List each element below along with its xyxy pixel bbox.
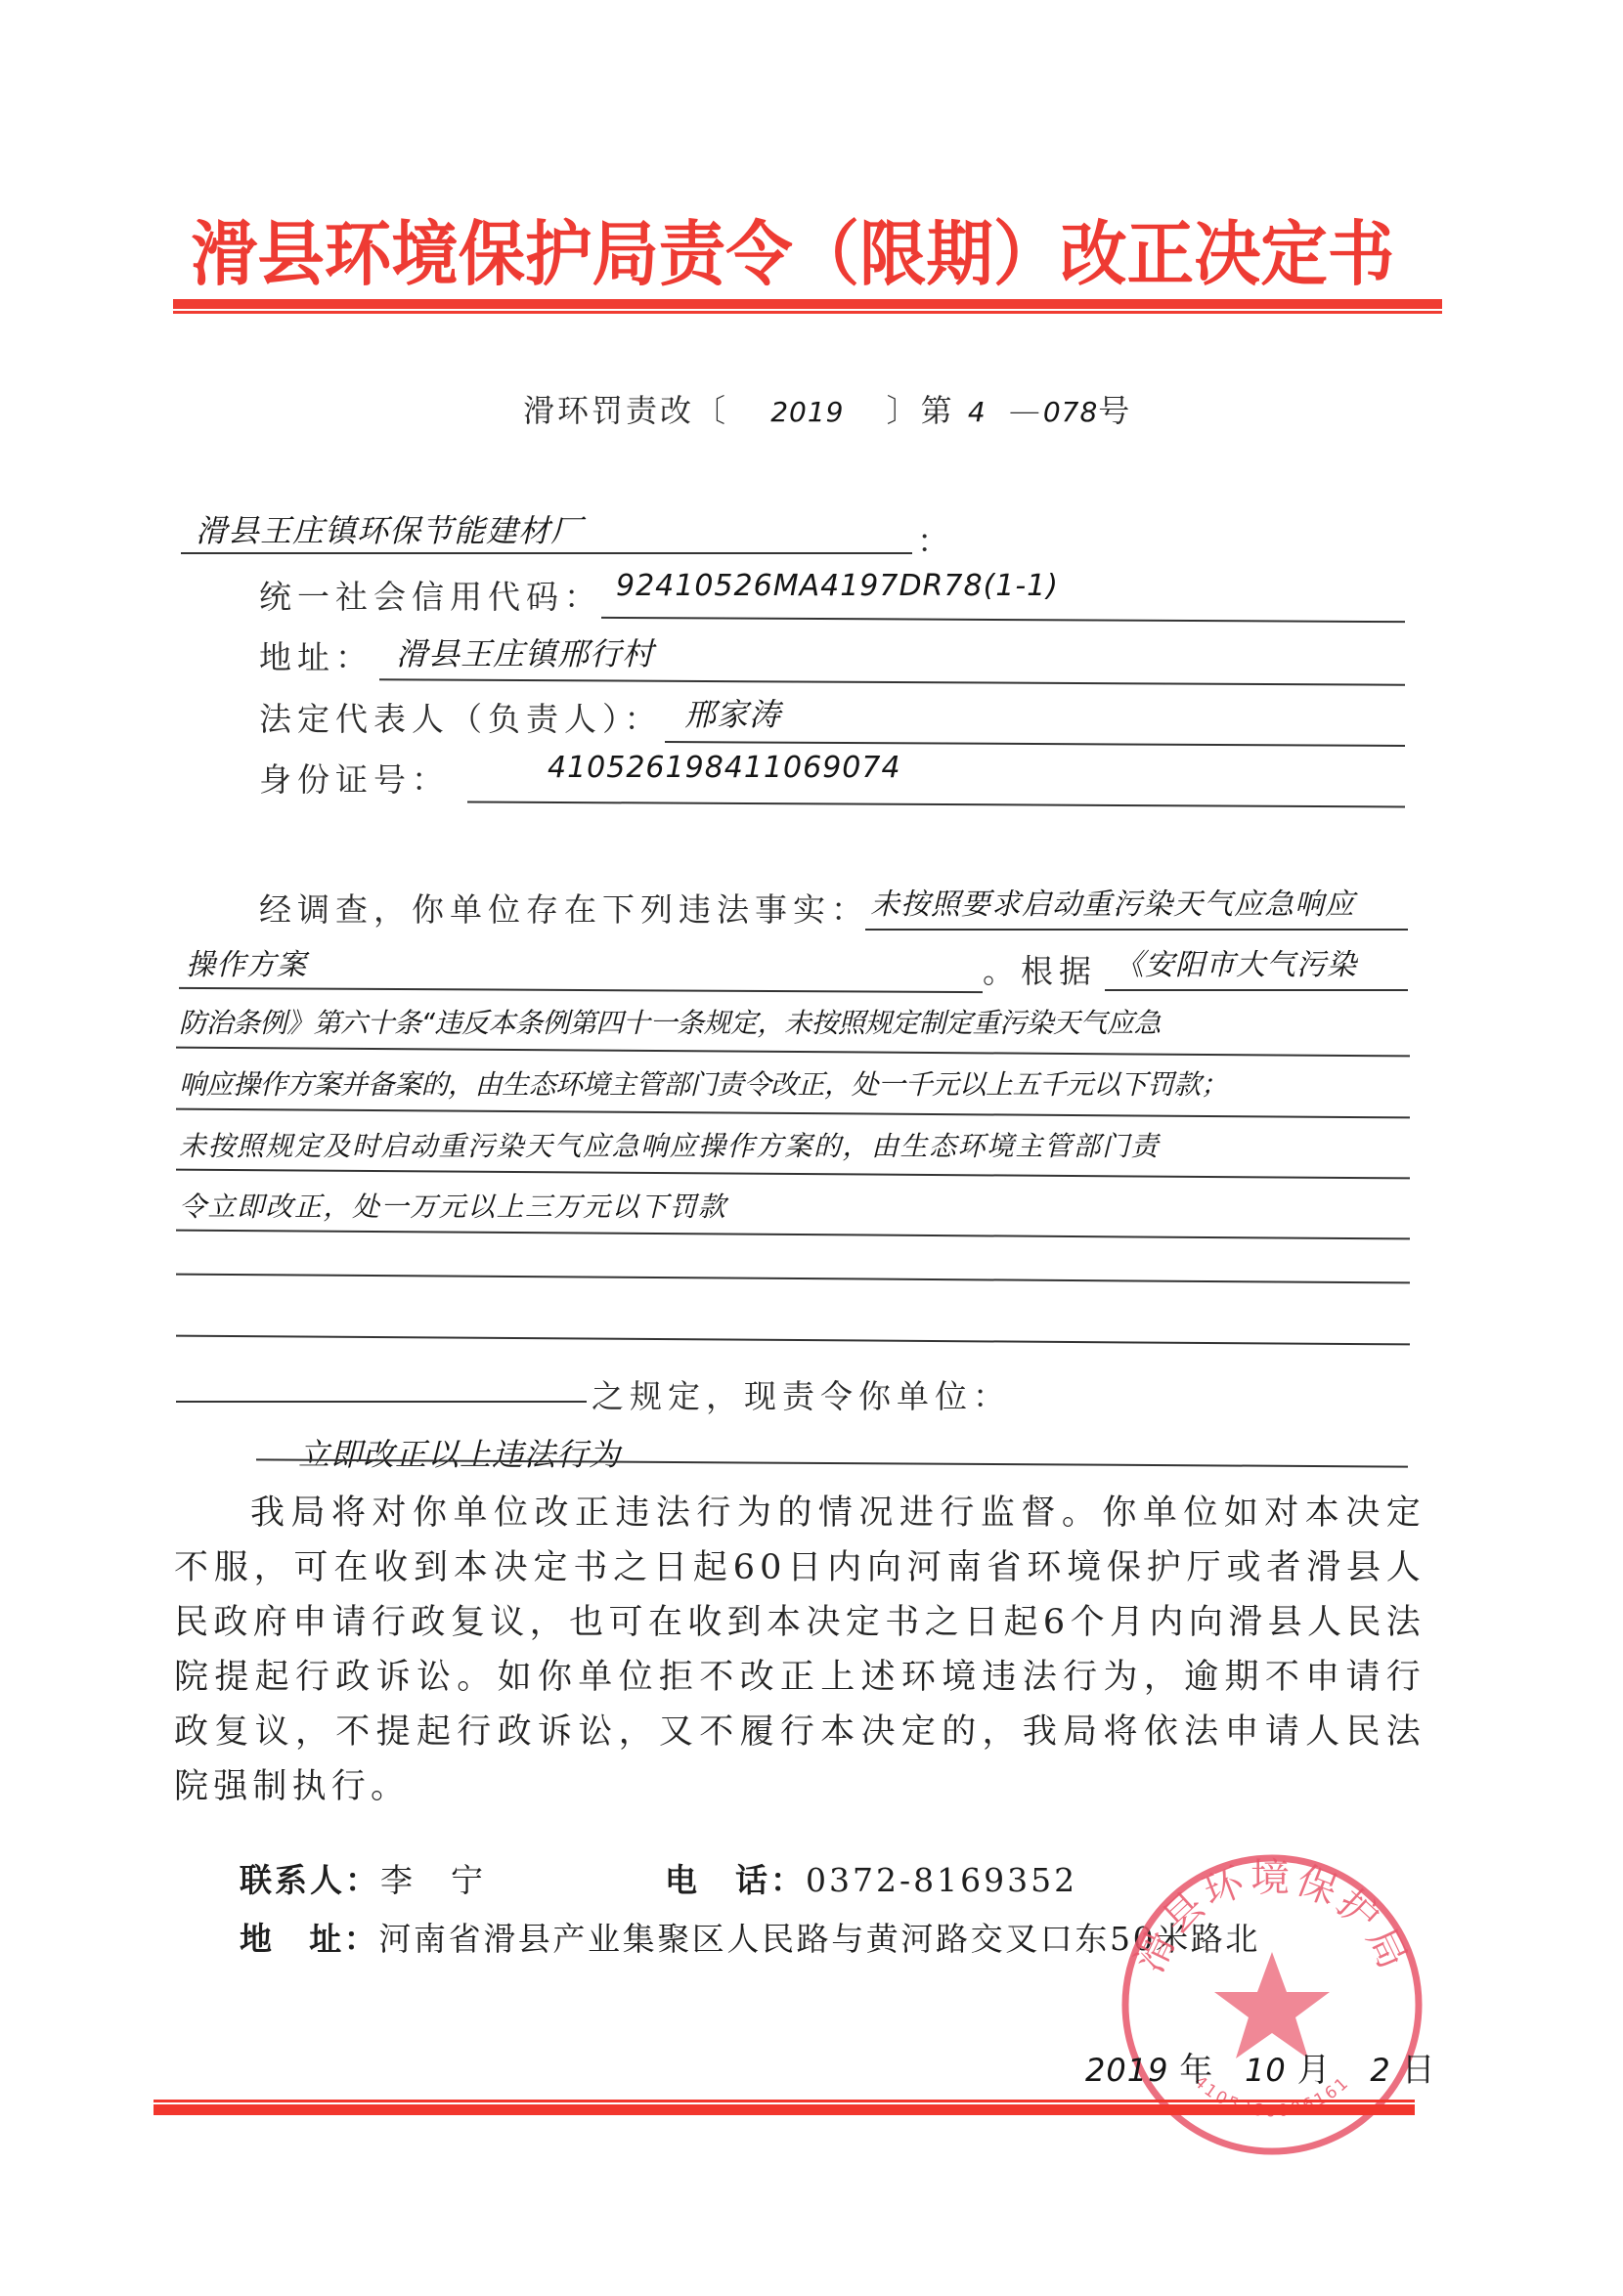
footer-rule-thin	[154, 2100, 1415, 2102]
fact-line1-underline	[865, 929, 1408, 931]
field-value-credit-code: 92410526MA4197DR78(1-1)	[616, 569, 1059, 603]
document-title: 滑县环境保护局责令（限期）改正决定书	[191, 207, 1371, 301]
basis-line4-underline	[176, 1169, 1410, 1180]
date-month: 10	[1245, 2052, 1287, 2089]
findings-intro: 经调查，你单位存在下列违法事实：	[259, 885, 869, 931]
recipient-colon: ：	[917, 516, 955, 562]
basis-line2-underline	[176, 1047, 1410, 1058]
date-month-label: 月	[1297, 2051, 1331, 2090]
date-year: 2019	[1085, 2052, 1168, 2089]
doc-number-suffix: 号	[1098, 392, 1132, 429]
fact-line2-underline	[179, 987, 983, 993]
header-rule-thin	[173, 311, 1442, 314]
footer-rule-thick	[154, 2104, 1415, 2115]
header-rule-thick	[173, 299, 1442, 309]
doc-number-serial: 078	[1043, 396, 1098, 428]
contact-person-label: 联系人：	[240, 1861, 380, 1899]
decision-date: 2019 年 10 月 2 日	[1085, 2043, 1435, 2091]
doc-number-year: 2019	[770, 396, 844, 428]
field-value-address: 滑县王庄镇邢行村	[396, 629, 654, 674]
findings-basis-line1: 《安阳市大气污染	[1115, 940, 1357, 983]
findings-fact-line1: 未按照要求启动重污染天气应急响应	[870, 880, 1355, 923]
findings-basis-label: 。根据	[983, 946, 1097, 992]
field-label-id-number: 身份证号：	[259, 755, 450, 801]
legal-rep-underline	[665, 741, 1405, 747]
contact-address-row: 地 址：河南省滑县产业集聚区人民路与黄河路交叉口东50米路北	[240, 1914, 1260, 1960]
blank-line-1	[176, 1274, 1410, 1284]
findings-basis-line4: 未按照规定及时启动重污染天气应急响应操作方案的，由生态环境主管部门责	[179, 1125, 1160, 1164]
findings-basis-line2: 防治条例》第六十条“违反本条例第四十一条规定，未按照规定制定重污染天气应急	[179, 1002, 1161, 1041]
address-underline	[379, 678, 1405, 685]
field-label-legal-rep: 法定代表人（负责人）：	[259, 694, 663, 740]
doc-number-prefix: 滑环罚责改〔	[523, 392, 728, 429]
field-label-address: 地址：	[259, 632, 373, 678]
basis-line3-underline	[176, 1108, 1410, 1119]
contact-address-label: 地 址：	[240, 1920, 378, 1958]
credit-code-underline	[601, 617, 1405, 623]
findings-fact-line2: 操作方案	[186, 940, 307, 983]
appeal-notice-paragraph: 我局将对你单位改正违法行为的情况进行监督。你单位如对本决定不服，可在收到本决定书…	[174, 1486, 1426, 1814]
contact-phone: 0372-8169352	[806, 1861, 1077, 1899]
findings-basis-line3: 响应操作方案并备案的，由生态环境主管部门责令改正，处一千元以上五千元以下罚款；	[179, 1063, 1228, 1103]
date-day-label: 日	[1402, 2051, 1435, 2090]
date-year-label: 年	[1179, 2051, 1212, 2090]
id-number-underline	[467, 801, 1405, 807]
doc-number-volume: 4	[968, 396, 987, 428]
findings-order: 立即改正以上违法行为	[298, 1430, 621, 1475]
regulation-underline	[176, 1401, 587, 1403]
findings-basis-line5: 令立即改正，处一万元以上三万元以下罚款	[179, 1186, 727, 1225]
document-number: 滑环罚责改〔 2019 〕第 4 —078号	[523, 386, 1132, 431]
field-value-id-number: 410526198411069074	[548, 751, 901, 785]
field-label-credit-code: 统一社会信用代码：	[259, 572, 602, 618]
recipient-name: 滑县王庄镇环保节能建材厂	[196, 506, 583, 551]
doc-number-dash: —	[1009, 392, 1043, 429]
recipient-underline	[181, 552, 912, 554]
field-value-legal-rep: 邢家涛	[684, 690, 781, 735]
contact-phone-row: 电 话：0372-8169352	[665, 1855, 1077, 1901]
contact-person: 李 宁	[380, 1861, 486, 1899]
basis-line5-underline	[176, 1230, 1410, 1240]
findings-regulation-suffix: 之规定，现责令你单位：	[592, 1371, 1011, 1417]
doc-number-mid: 〕第	[887, 392, 955, 429]
basis-line1-underline	[1105, 989, 1408, 991]
contact-phone-label: 电 话：	[665, 1861, 806, 1899]
contact-person-row: 联系人：李 宁	[240, 1855, 486, 1901]
date-day: 2	[1370, 2052, 1390, 2089]
blank-line-2	[176, 1335, 1410, 1346]
